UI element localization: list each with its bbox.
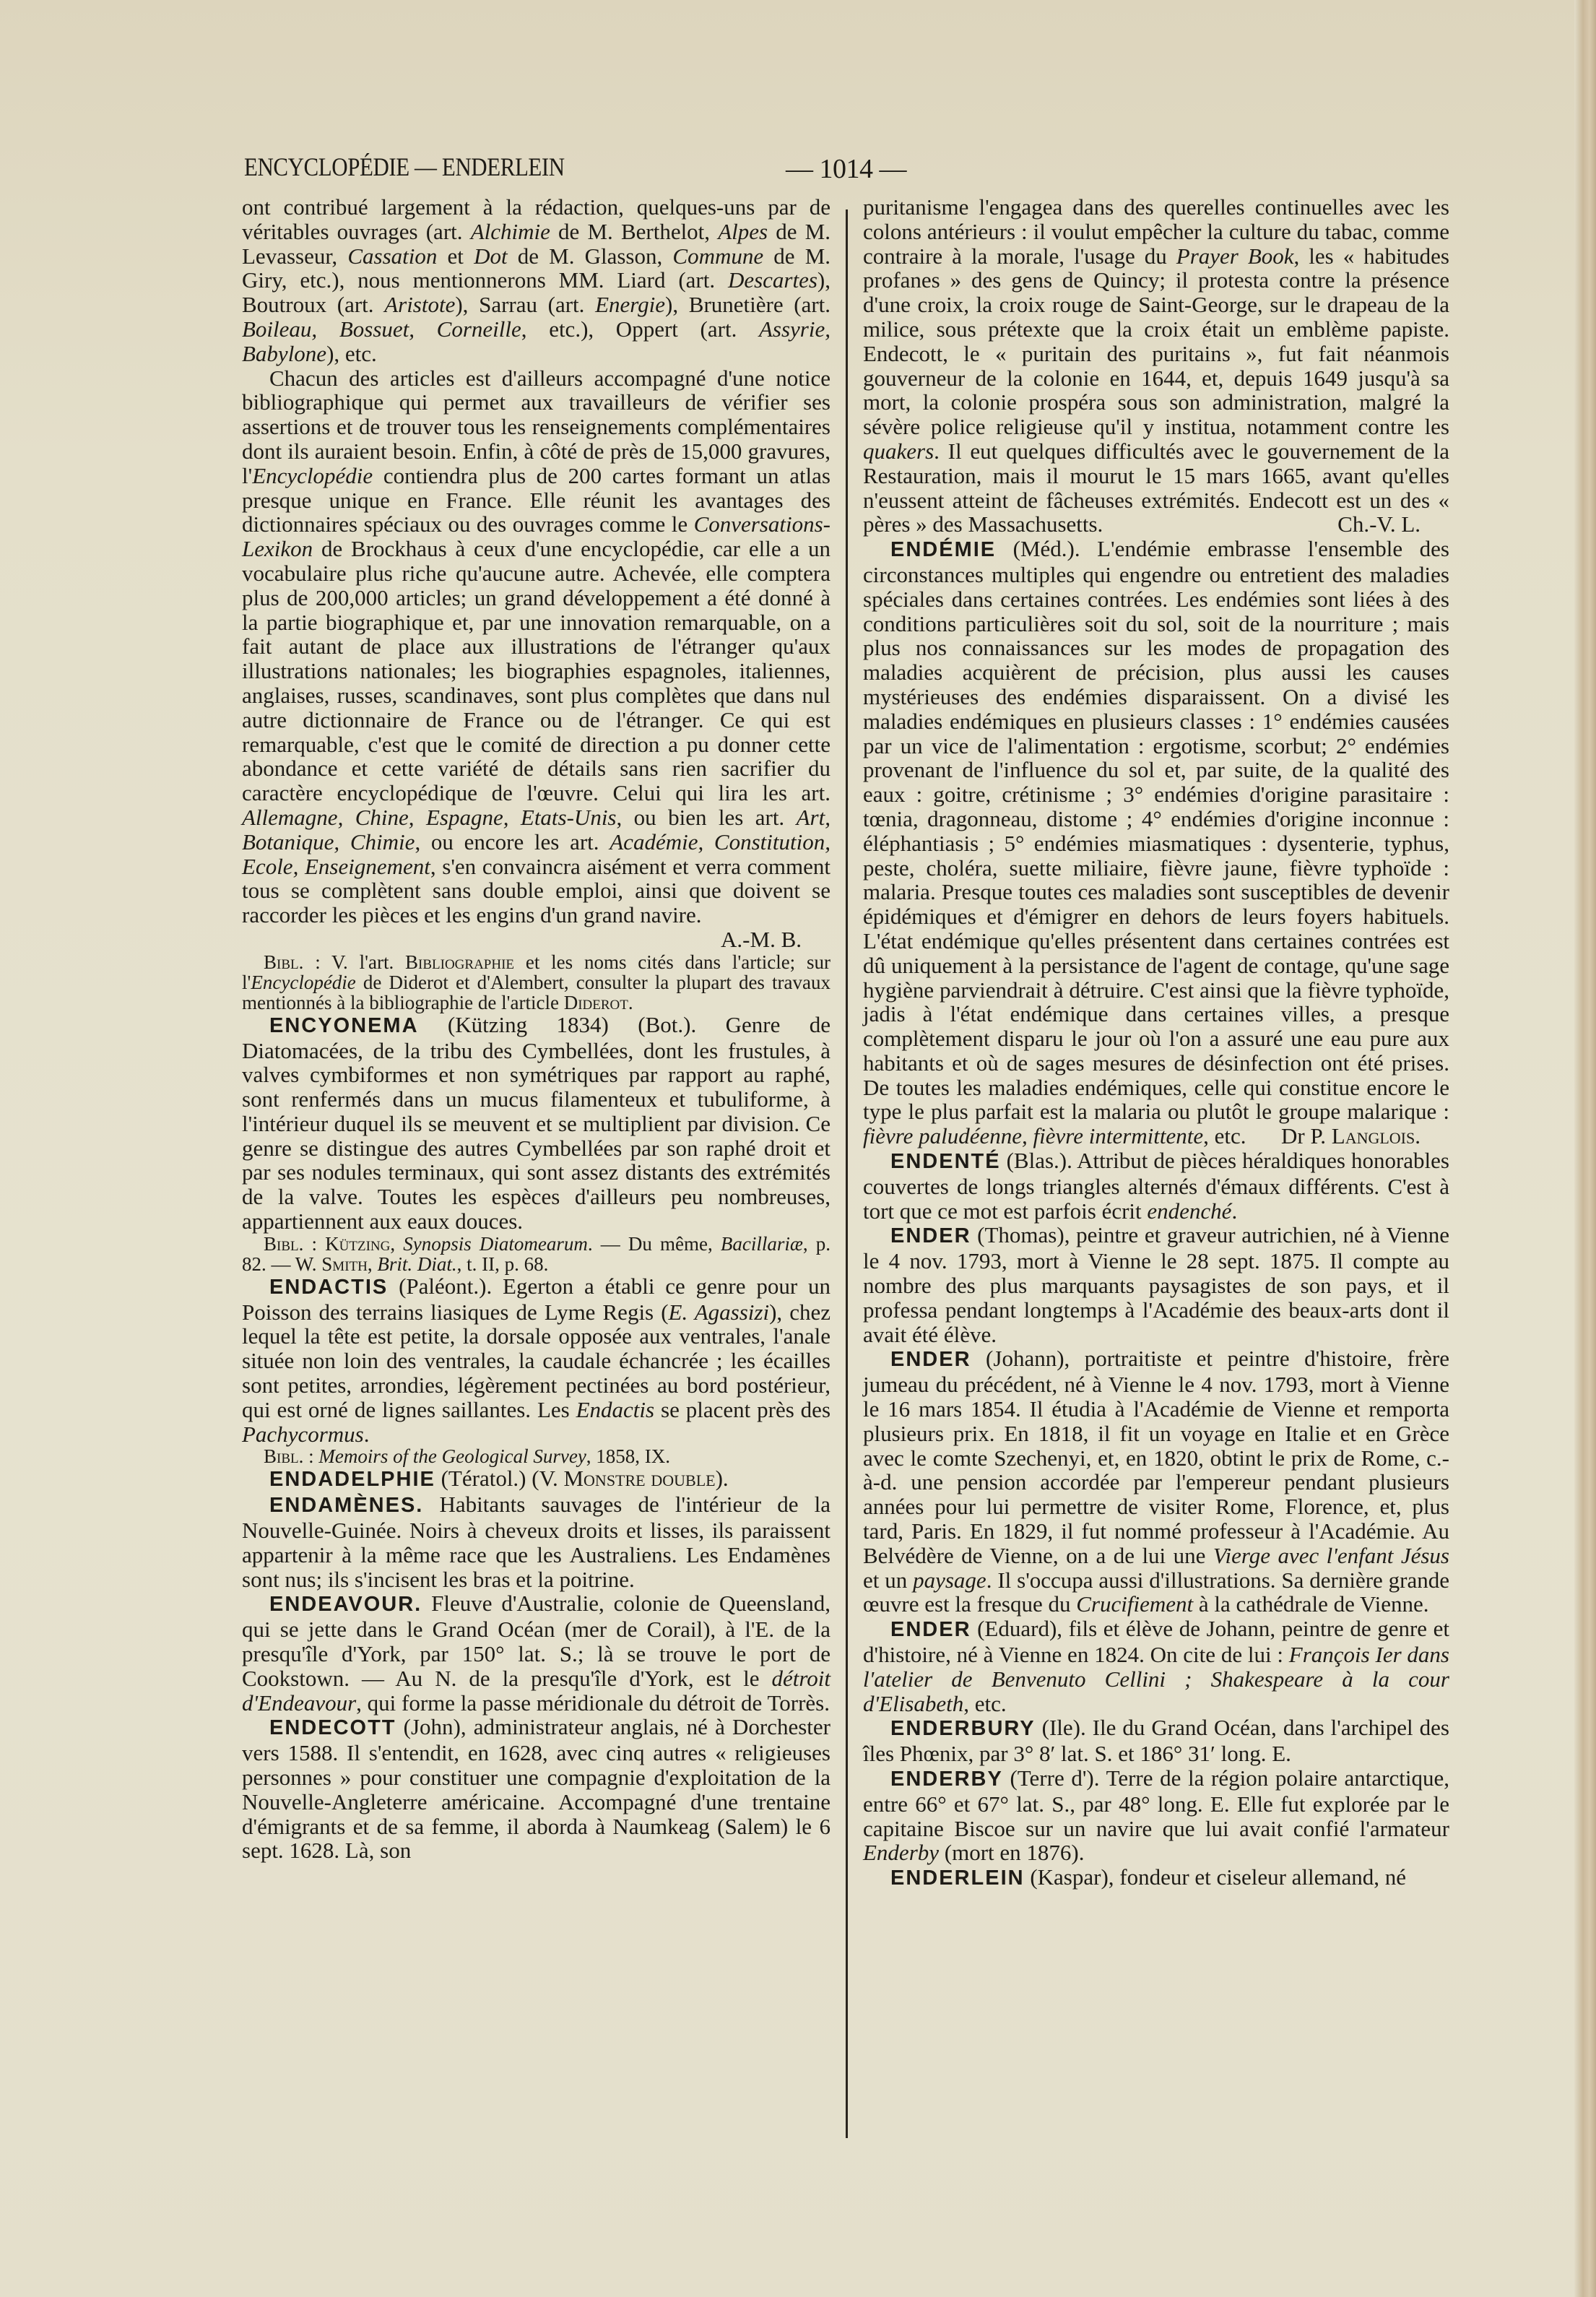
author-signature: Dr P. Langlois. <box>1254 1124 1449 1148</box>
column-rule <box>846 209 848 2138</box>
author-signature: Ch.-V. L. <box>1337 512 1449 537</box>
headword: ENDERLEIN <box>890 1866 1025 1890</box>
author-signature: A.-M. B. <box>693 927 830 952</box>
headword: ENDER <box>890 1618 971 1641</box>
encyclopedie-continuation: ont contribué largement à la rédaction, … <box>242 195 830 366</box>
page-edge <box>1574 0 1596 2297</box>
endecott-continuation: puritanisme l'engagea dans des querelles… <box>863 195 1449 537</box>
entry-enderby: ENDERBY (Terre d'). Terre de la région p… <box>863 1766 1449 1865</box>
headword: ENDERBY <box>890 1768 1003 1791</box>
entry-endeavour: ENDEAVOUR. Fleuve d'Australie, colonie d… <box>242 1591 830 1715</box>
entry-endactis: ENDACTIS (Paléont.). Egerton a établi ce… <box>242 1274 830 1447</box>
headword: ENDER <box>890 1224 971 1247</box>
headword: ENDACTIS <box>269 1276 388 1299</box>
headword: ENDEAVOUR. <box>269 1593 422 1616</box>
entry-enderlein: ENDERLEIN (Kaspar), fondeur et ciseleur … <box>863 1865 1449 1891</box>
headword: ENDENTÉ <box>890 1150 1001 1173</box>
right-column: puritanisme l'engagea dans des querelles… <box>863 195 1449 1891</box>
entry-ender-eduard: ENDER (Eduard), fils et élève de Johann,… <box>863 1617 1449 1716</box>
entry-endente: ENDENTÉ (Blas.). Attribut de pièces héra… <box>863 1148 1449 1223</box>
headword: ENDER <box>890 1348 971 1371</box>
entry-enderbury: ENDERBURY (Ile). Ile du Grand Océan, dan… <box>863 1716 1449 1766</box>
entry-endadelphie: ENDADELPHIE (Tératol.) (V. Monstre doubl… <box>242 1466 830 1492</box>
headword: ENDÉMIE <box>890 538 996 561</box>
bibliography-note: Bibl. : V. l'art. Bibliographie et les n… <box>242 952 830 1013</box>
headword: ENDECOTT <box>269 1716 396 1739</box>
page-number: — 1014 — <box>786 153 906 185</box>
entry-encyonema: ENCYONEMA (Kützing 1834) (Bot.). Genre d… <box>242 1013 830 1234</box>
headword: ENDAMÈNES. <box>269 1494 423 1517</box>
bibliography-note: Bibl. : Memoirs of the Geological Survey… <box>242 1446 830 1466</box>
headword: ENDADELPHIE <box>269 1468 435 1491</box>
running-title: ENCYCLOPÉDIE — ENDERLEIN <box>244 152 565 182</box>
entry-ender-thomas: ENDER (Thomas), peintre et graveur autri… <box>863 1223 1449 1346</box>
entry-endecott: ENDECOTT (John), administrateur anglais,… <box>242 1715 830 1863</box>
bibliography-note: Bibl. : Kützing, Synopsis Diatomearum. —… <box>242 1234 830 1274</box>
encyclopedie-paragraph: Chacun des articles est d'ailleurs accom… <box>242 366 830 927</box>
running-head: ENCYCLOPÉDIE — ENDERLEIN — 1014 — <box>244 152 1205 195</box>
left-column: ont contribué largement à la rédaction, … <box>242 195 830 1863</box>
headword: ENDERBURY <box>890 1717 1036 1740</box>
entry-endemie: ENDÉMIE (Méd.). L'endémie embrasse l'ens… <box>863 537 1449 1148</box>
headword: ENCYONEMA <box>269 1014 419 1037</box>
entry-ender-johann: ENDER (Johann), portraitiste et peintre … <box>863 1346 1449 1617</box>
entry-endamenes: ENDAMÈNES. Habitants sauvages de l'intér… <box>242 1492 830 1591</box>
